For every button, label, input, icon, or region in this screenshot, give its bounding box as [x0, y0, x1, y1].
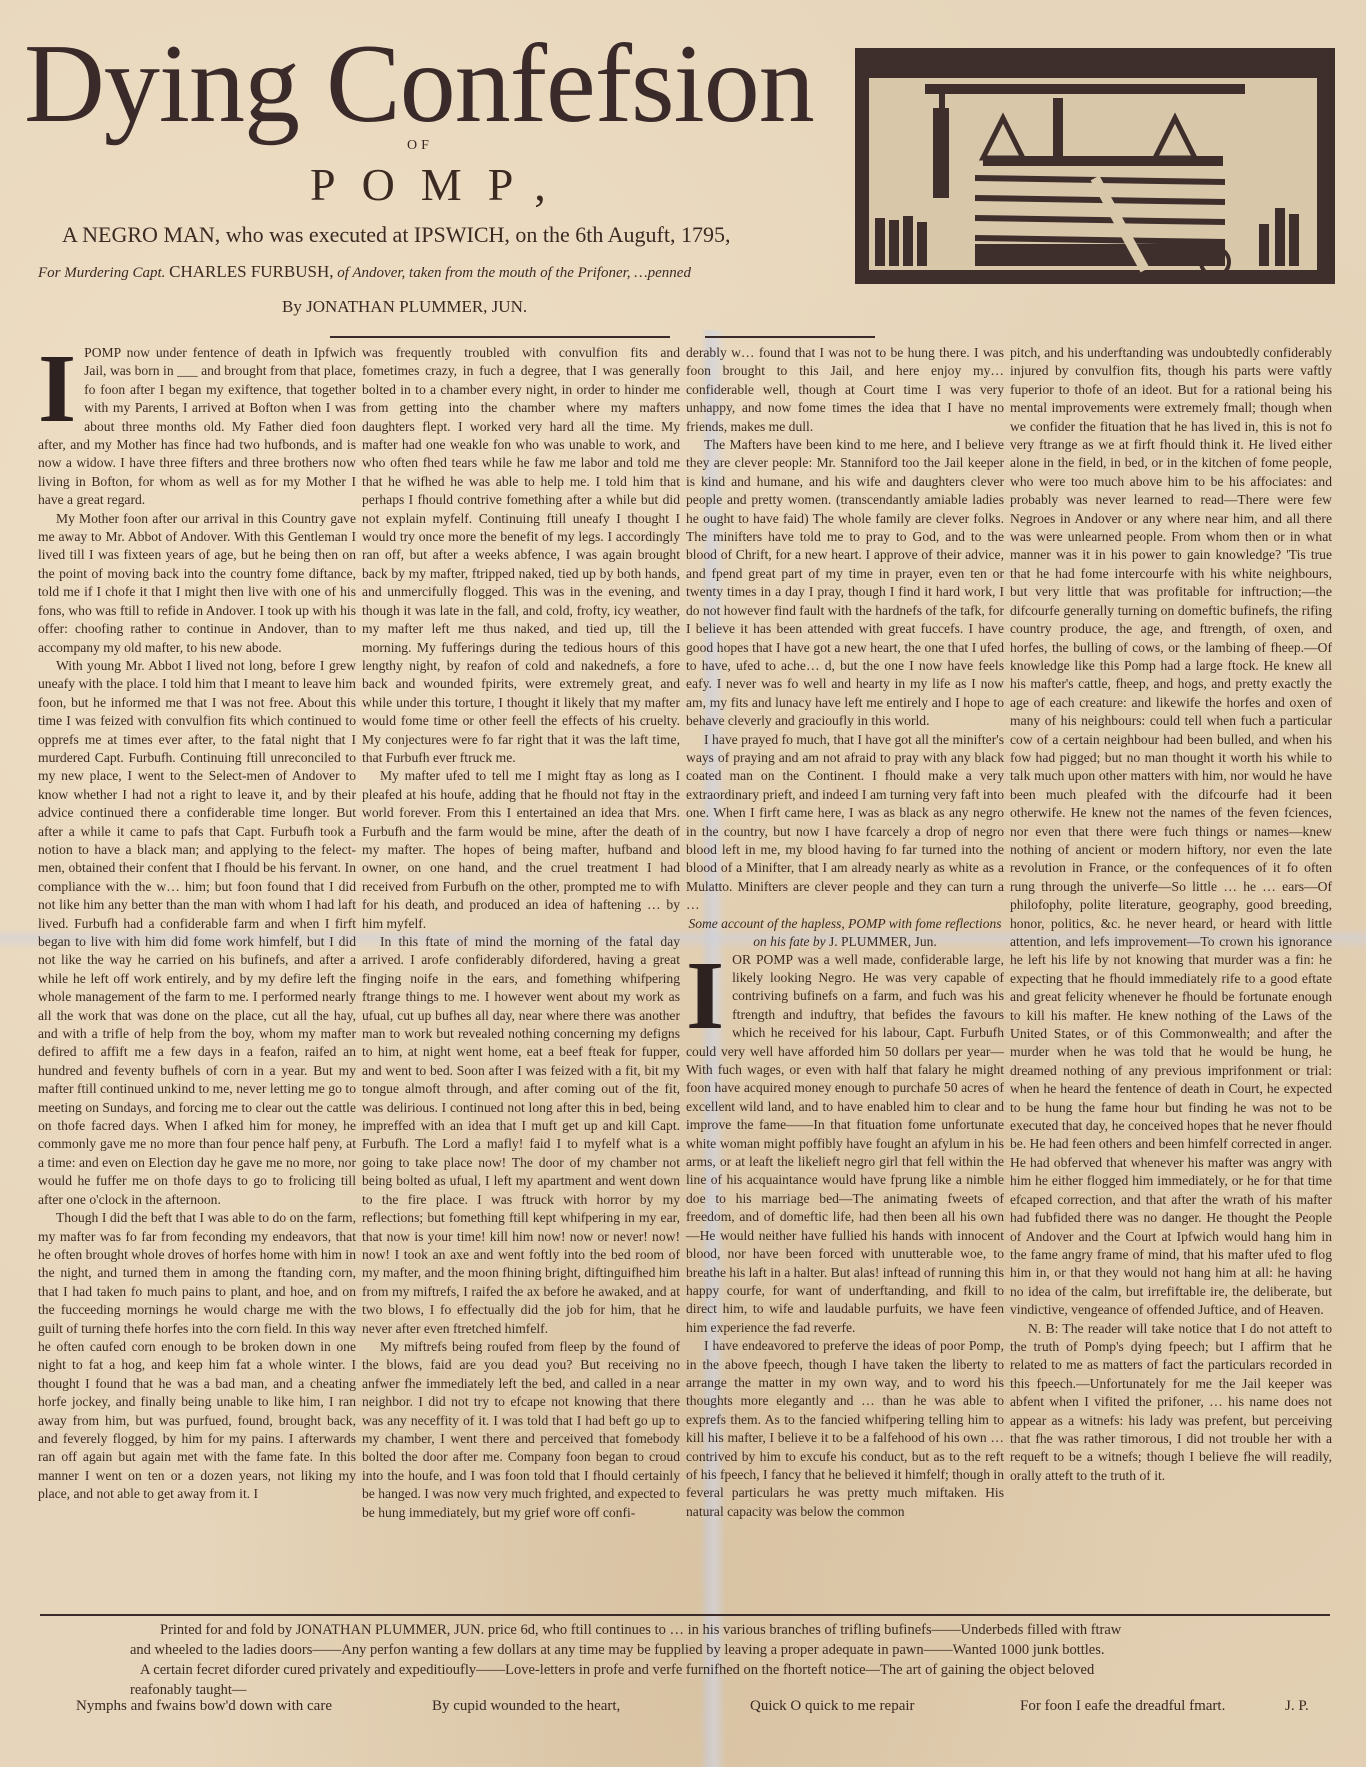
column-3: derably w… found that I was not to be hu… — [686, 344, 1004, 1521]
printer-advertisement: Printed for and fold by JONATHAN PLUMMER… — [60, 1620, 1240, 1700]
column-4: pitch, and his underftanding was undoubt… — [1010, 344, 1332, 1485]
section-heading-author: J. PLUMMER, Jun. — [829, 934, 937, 949]
footer-line: and wheeled to the ladies doors——Any per… — [60, 1640, 1240, 1660]
signature: J. P. — [1285, 1698, 1309, 1715]
paragraph-text: POMP now under fentence of death in Ipfw… — [38, 345, 356, 507]
subject-name: POMP, — [310, 158, 572, 211]
gallows-woodcut-icon — [855, 48, 1335, 284]
verse-line: Nymphs and fwains bow'd down with care — [76, 1698, 332, 1715]
paragraph: My Mother foon after our arrival in this… — [38, 510, 356, 657]
byline: By JONATHAN PLUMMER, JUN. — [282, 297, 527, 317]
paragraph: I have prayed fo much, that I have got a… — [686, 731, 1004, 915]
paragraph: was frequently troubled with convulfion … — [362, 344, 680, 767]
dropcap: I — [38, 350, 76, 428]
title-of: OF — [0, 138, 600, 154]
paragraph: N. B: The reader will take notice that I… — [1010, 1320, 1332, 1486]
subtitle-crime-post: of Andover, taken from the mouth of the … — [337, 265, 691, 281]
column-2: was frequently troubled with convulfion … — [362, 344, 680, 1522]
paragraph: My mafter ufed to tell me I might ftay a… — [362, 767, 680, 933]
paragraph: IOR POMP was a well made, confiderable l… — [686, 951, 1004, 1338]
dropcap: I — [686, 957, 724, 1035]
paragraph: IPOMP now under fentence of death in Ipf… — [38, 344, 356, 510]
paragraph: Though I did the beft that I was able to… — [38, 1209, 356, 1504]
subtitle: A NEGRO MAN, who was executed at IPSWICH… — [62, 222, 731, 248]
paragraph: derably w… found that I was not to be hu… — [686, 344, 1004, 436]
masthead-rule-right — [705, 336, 875, 338]
verse-line: By cupid wounded to the heart, — [432, 1698, 620, 1715]
broadside-title: Dying Confefsion — [24, 28, 854, 140]
footer-line: A certain fecret diforder cured privatel… — [60, 1660, 1240, 1680]
paragraph: The Mafters have been kind to me here, a… — [686, 436, 1004, 731]
column-1: IPOMP now under fentence of death in Ipf… — [38, 344, 356, 1504]
verse-line: For foon I eafe the dreadful fmart. — [1020, 1698, 1225, 1715]
paragraph: pitch, and his underftanding was undoubt… — [1010, 344, 1332, 1320]
paragraph: In this ftate of mind the morning of the… — [362, 933, 680, 1338]
masthead-rule-left — [330, 336, 670, 338]
gallows-woodcut-image — [855, 48, 1335, 284]
paragraph: My miftrefs being roufed from fleep by t… — [362, 1338, 680, 1522]
verse-line: Quick O quick to me repair — [750, 1698, 915, 1715]
paragraph: With young Mr. Abbot I lived not long, b… — [38, 657, 356, 1209]
footer-line: reafonably taught— — [60, 1680, 1240, 1700]
footer-rule — [40, 1614, 1330, 1616]
paragraph: I have endeavored to preferve the ideas … — [686, 1337, 1004, 1521]
paragraph-text: OR POMP was a well made, confiderable la… — [686, 952, 1004, 1335]
subtitle-crime: For Murdering Capt. CHARLES FURBUSH, of … — [38, 262, 691, 282]
reflections-section-heading: Some account of the hapless, POMP with f… — [686, 915, 1004, 951]
subtitle-victim-name: CHARLES FURBUSH, — [169, 262, 333, 281]
subtitle-crime-pre: For Murdering Capt. — [38, 265, 165, 281]
of-text: OF — [407, 138, 433, 154]
footer-line: Printed for and fold by JONATHAN PLUMMER… — [60, 1620, 1240, 1640]
